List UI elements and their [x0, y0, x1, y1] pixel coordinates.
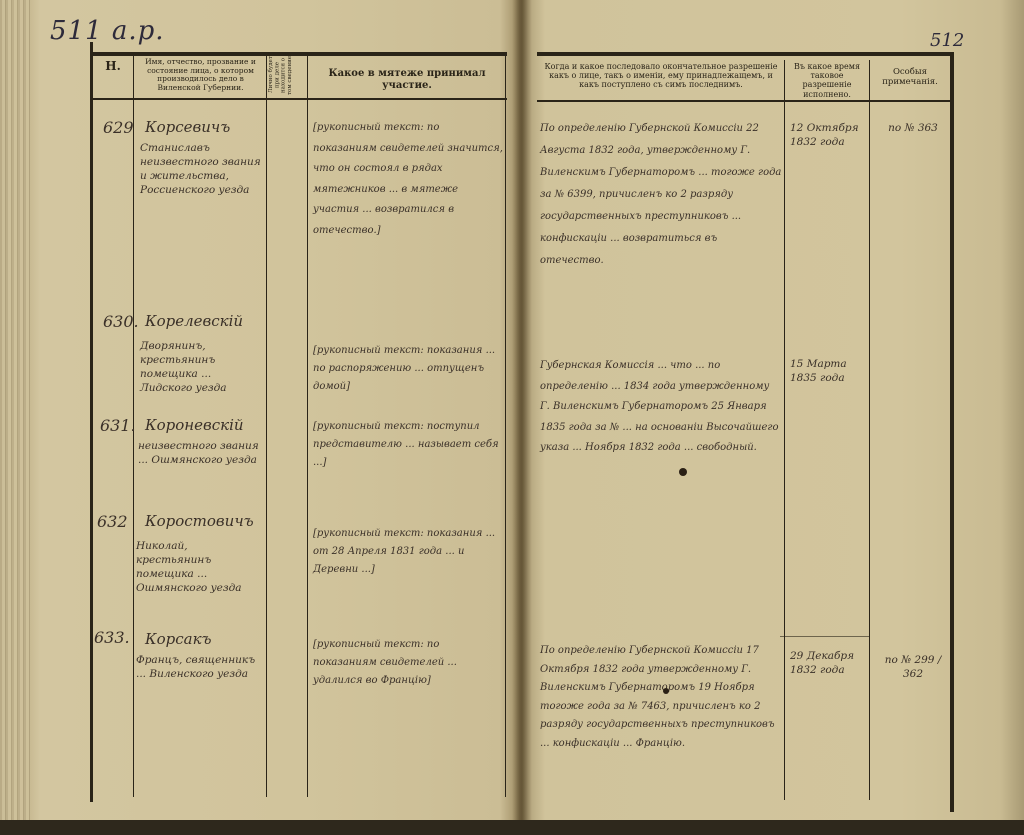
- entry-participation: [рукописный текст: поступил представител…: [313, 418, 503, 472]
- entry-participation: [рукописный текст: показания ... по расп…: [313, 342, 503, 396]
- entry-number: 630.: [103, 312, 139, 331]
- entry-separator: [780, 636, 870, 637]
- entry-name-detail: неизвестного звания ... Ошмянского уезда: [138, 440, 262, 468]
- left-header-rule: [92, 98, 507, 100]
- header-participation: Какое в мятеже принимал участие.: [312, 68, 502, 91]
- entry-participation: [рукописный текст: по показаниям свидете…: [313, 118, 503, 241]
- ink-blot: [679, 468, 687, 476]
- entry-surname: Корелевскій: [145, 312, 263, 332]
- book-spread: 511 а.р. 512 Н. Имя, отчество, прозвание…: [0, 0, 1024, 835]
- right-outer-border: [950, 52, 954, 812]
- col-divider: [307, 52, 308, 797]
- right-top-rule: [537, 52, 952, 56]
- entry-resolution: По определенію Губернской Комиссіи 22 Ав…: [540, 118, 782, 272]
- entry-number: 633.: [94, 628, 130, 647]
- entry-surname: Короневскій: [145, 416, 263, 436]
- header-resolution: Когда и какое последовало окончательное …: [540, 62, 782, 90]
- entry-number: 631.: [100, 416, 136, 435]
- entry-participation: [рукописный текст: по показаниям свидете…: [313, 636, 503, 690]
- entry-number: 632: [97, 512, 128, 531]
- entry-surname: Коростовичъ: [145, 512, 263, 532]
- col-divider: [266, 52, 267, 797]
- entry-surname: Корсакъ: [145, 630, 263, 650]
- entry-executed-date: 29 Декабря 1832 года: [790, 650, 866, 678]
- entry-name-detail: Францъ, священникъ ... Виленского уезда: [136, 654, 262, 682]
- entry-participation: [рукописный текст: показания ... от 28 А…: [313, 525, 503, 579]
- header-present: Лично будет при деле находится о том све…: [268, 54, 306, 96]
- entry-executed-date: 12 Октября 1832 года: [790, 122, 866, 150]
- entry-name-detail: Станиславъ неизвестного звания и жительс…: [140, 142, 262, 197]
- page-edges: [0, 0, 30, 835]
- entry-name-detail: Николай, крестьянинъ помещика ... Ошмянс…: [136, 540, 262, 595]
- folio-number-right: 512: [930, 30, 964, 51]
- col-divider: [505, 52, 506, 797]
- bottom-shadow: [0, 820, 1024, 835]
- entry-name-detail: Дворянинъ, крестьянинъ помещика ... Лидс…: [140, 340, 262, 395]
- entry-resolution: Губернская Комиссія ... что ... по опред…: [540, 356, 782, 459]
- entry-surname: Корсевичъ: [145, 118, 263, 138]
- right-header-rule: [537, 100, 952, 102]
- folio-number-left: 511 а.р.: [50, 16, 165, 46]
- header-number: Н.: [96, 60, 130, 74]
- header-executed: Въ какое время таковое разрешеніе исполн…: [786, 62, 868, 99]
- col-divider: [784, 60, 785, 800]
- entry-executed-date: 15 Марта 1835 года: [790, 358, 866, 386]
- entry-note: по № 363: [880, 122, 946, 136]
- left-outer-border: [90, 42, 93, 802]
- entry-resolution: По определенію Губернской Комиссіи 17 Ок…: [540, 642, 782, 753]
- entry-note: по № 299 / 362: [880, 654, 946, 682]
- col-divider: [869, 60, 870, 800]
- header-name: Имя, отчество, прозвание и состояние лиц…: [137, 58, 264, 93]
- entry-number: 629: [103, 118, 134, 137]
- book-gutter: [512, 0, 532, 835]
- ink-blot: [663, 688, 669, 694]
- header-notes: Особыя примечанія.: [871, 68, 949, 88]
